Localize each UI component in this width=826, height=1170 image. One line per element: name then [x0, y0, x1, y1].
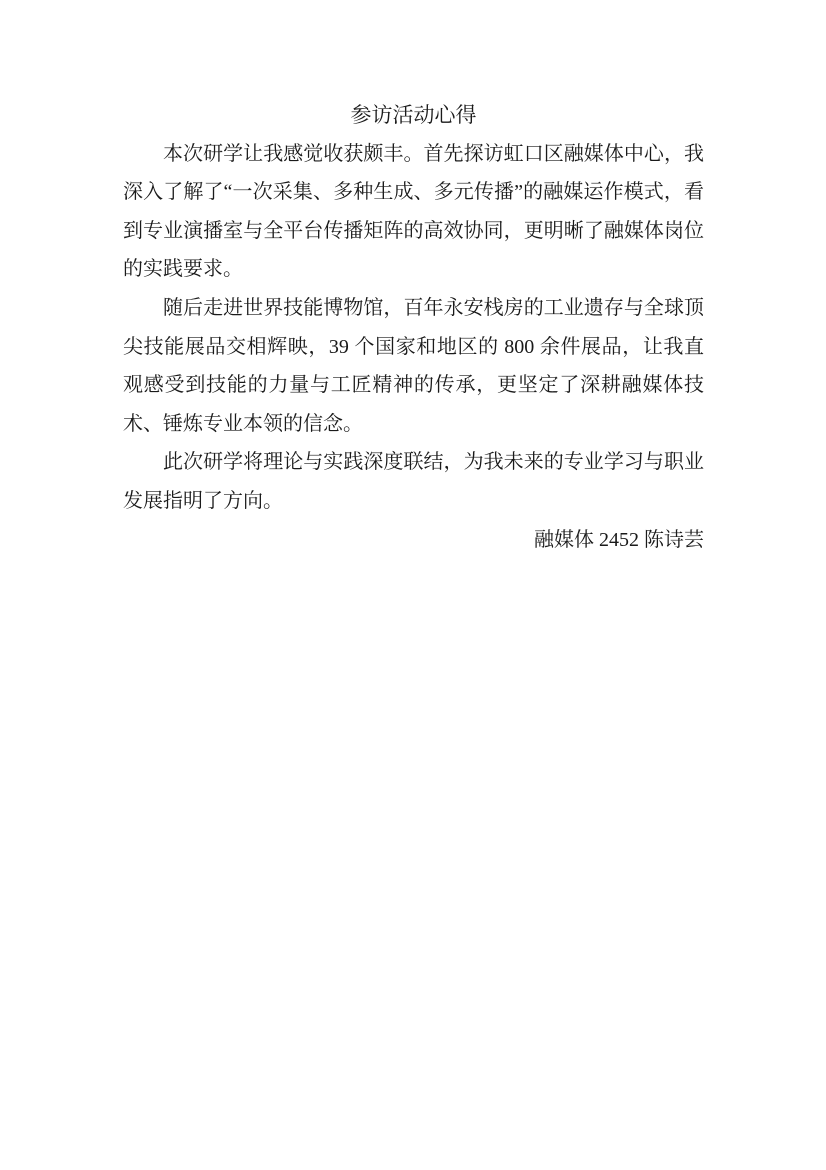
paragraph-2: 随后走进世界技能博物馆，百年永安栈房的工业遗存与全球顶尖技能展品交相辉映，39 … [123, 289, 704, 443]
document-page: 参访活动心得 本次研学让我感觉收获颇丰。首先探访虹口区融媒体中心，我深入了解了“… [0, 0, 826, 1170]
paragraph-1: 本次研学让我感觉收获颇丰。首先探访虹口区融媒体中心，我深入了解了“一次采集、多种… [123, 135, 704, 289]
signature-line: 融媒体 2452 陈诗芸 [123, 521, 704, 560]
paragraph-3: 此次研学将理论与实践深度联结，为我未来的专业学习与职业发展指明了方向。 [123, 443, 704, 520]
document-title: 参访活动心得 [123, 96, 704, 135]
